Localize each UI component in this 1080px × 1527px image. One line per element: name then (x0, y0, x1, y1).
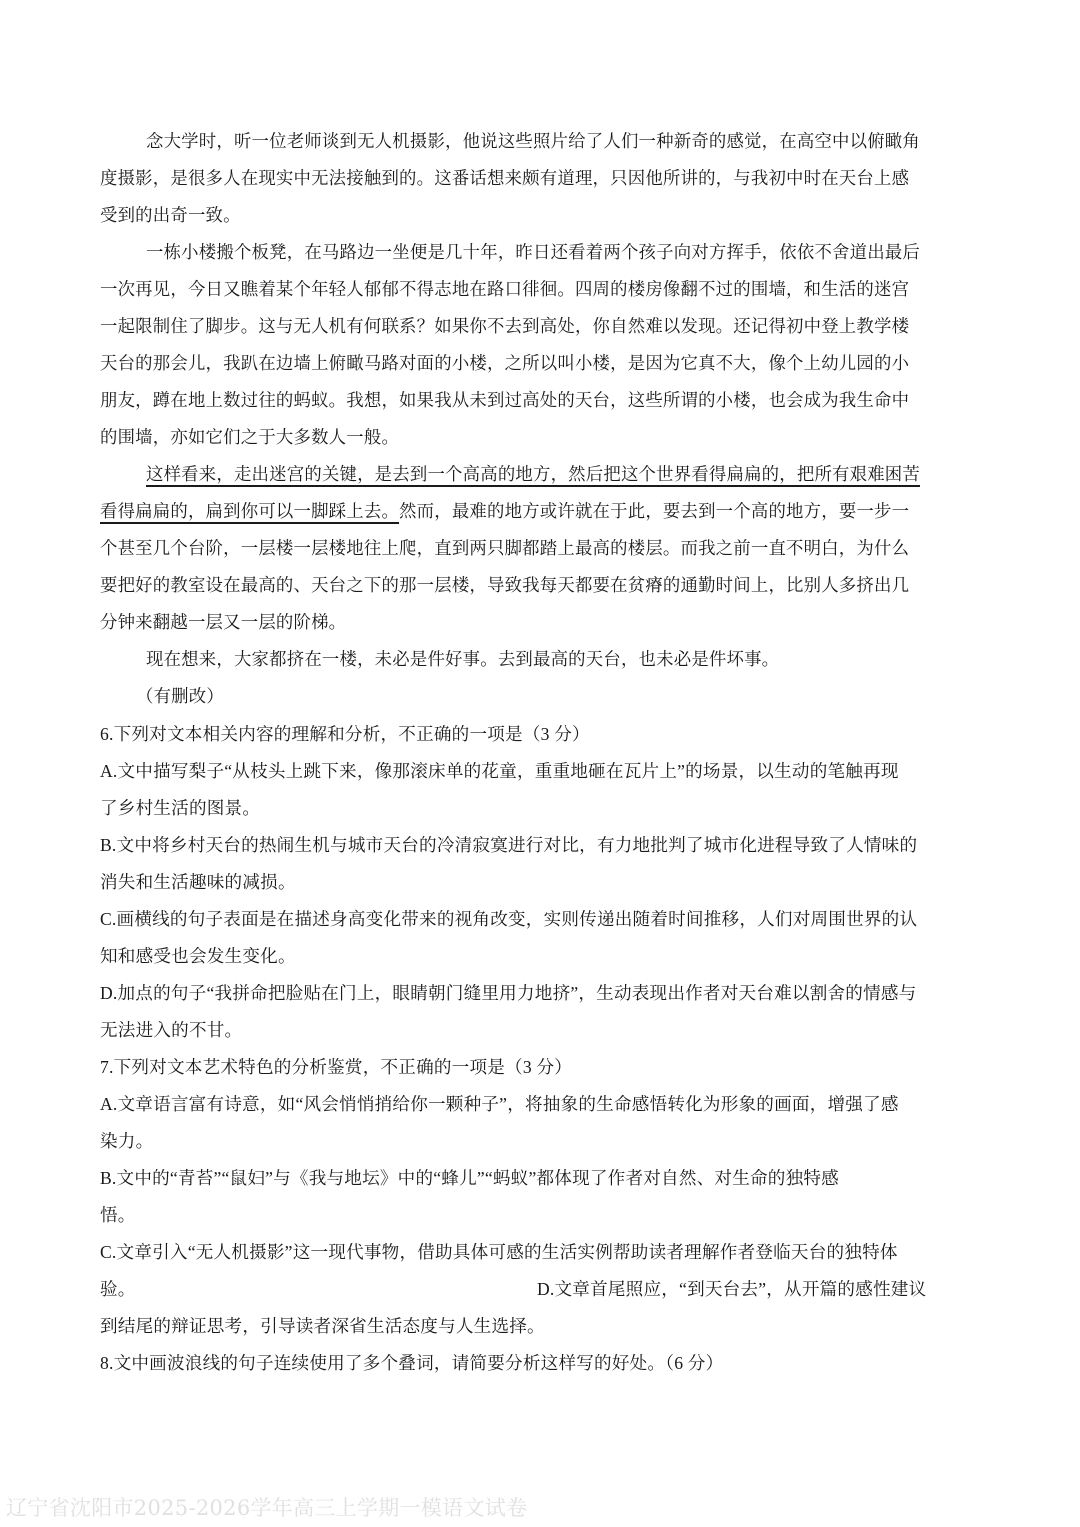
question-8-stem: 8.文中画波浪线的句子连续使用了多个叠词，请简要分析这样写的好处。（6 分） (100, 1345, 723, 1381)
question-7-option-c-line-1: C.文章引入“无人机摄影”这一现代事物，借助具体可感的生活实例帮助读者理解作者登… (100, 1234, 898, 1270)
passage-p1-line-2: 度摄影，是很多人在现实中无法接触到的。这番话想来颇有道理，只因他所讲的，与我初中… (100, 161, 909, 197)
passage-p3-line-2-rest: 然而，最难的地方或许就在于此，要去到一个高的地方，要一步一 (399, 502, 909, 522)
question-6-option-d-line-2: 无法进入的不甘。 (100, 1012, 242, 1048)
question-6-option-b-line-1: B.文中将乡村天台的热闹生机与城市天台的冷清寂寞进行对比，有力地批判了城市化进程… (100, 827, 917, 863)
watermark: 辽宁省沈阳市2025-2026学年高三上学期一模语文试卷 (6, 1492, 527, 1522)
passage-p3-line-2: 看得扁扁的，扁到你可以一脚踩上去。然而，最难的地方或许就在于此，要去到一个高的地… (100, 494, 909, 530)
question-6-option-a-line-1: A.文中描写梨子“从枝头上跳下来，像那滚床单的花童，重重地砸在瓦片上”的场景，以… (100, 753, 899, 789)
passage-p2-line-5: 朋友，蹲在地上数过往的蚂蚁。我想，如果我从未到过高处的天台，这些所谓的小楼，也会… (100, 383, 909, 419)
question-7-option-b-line-1: B.文中的“青苔”“鼠妇”与《我与地坛》中的“蜂儿”“蚂蚁”都体现了作者对自然、… (100, 1160, 839, 1196)
passage-p2-line-4: 天台的那会儿，我趴在边墙上俯瞰马路对面的小楼，之所以叫小楼，是因为它真不大，像个… (100, 346, 909, 382)
passage-p2-line-3: 一起限制住了脚步。这与无人机有何联系？如果你不去到高处，你自然难以发现。还记得初… (100, 309, 909, 345)
question-6-option-c-line-1: C.画横线的句子表面是在描述身高变化带来的视角改变，实则传递出随着时间推移，人们… (100, 901, 917, 937)
underlined-sentence-part-1: 这样看来，走出迷宫的关键，是去到一个高高的地方，然后把这个世界看得扁扁的，把所有… (146, 465, 920, 485)
question-7-option-d-line-2: 到结尾的辩证思考，引导读者深省生活态度与人生选择。 (100, 1308, 545, 1344)
underlined-sentence-part-2: 看得扁扁的，扁到你可以一脚踩上去。 (100, 502, 399, 522)
passage-p3-line-3: 个甚至几个台阶，一层楼一层楼地往上爬，直到两只脚都踏上最高的楼层。而我之前一直不… (100, 531, 909, 567)
source-note: （有删改） (100, 679, 224, 715)
question-7-option-a-line-2: 染力。 (100, 1123, 153, 1159)
question-6-option-c-line-2: 知和感受也会发生变化。 (100, 938, 296, 974)
passage-p2-line-6: 的围墙，亦如它们之于大多数人一般。 (100, 420, 399, 456)
passage-p2-line-1: 一栋小楼搬个板凳，在马路边一坐便是几十年，昨日还看着两个孩子向对方挥手，依依不舍… (100, 235, 920, 271)
question-7-option-d-line-1: D.文章首尾照应，“到天台去”，从开篇的感性建议 (537, 1271, 926, 1307)
passage-p3-line-1: 这样看来，走出迷宫的关键，是去到一个高高的地方，然后把这个世界看得扁扁的，把所有… (100, 457, 920, 493)
question-6-option-a-line-2: 了乡村生活的图景。 (100, 790, 260, 826)
passage-p3-line-4: 要把好的教室设在最高的、天台之下的那一层楼，导致我每天都要在贫瘠的通勤时间上，比… (100, 568, 909, 604)
passage-p2-line-2: 一次再见，今日又瞧着某个年轻人郁郁不得志地在路口徘徊。四周的楼房像翻不过的围墙，… (100, 272, 909, 308)
question-7-option-a-line-1: A.文章语言富有诗意，如“风会悄悄捎给你一颗种子”，将抽象的生命感悟转化为形象的… (100, 1086, 899, 1122)
question-7-option-c-line-2: 验。 (100, 1271, 136, 1307)
question-7-stem: 7.下列对文本艺术特色的分析鉴赏，不正确的一项是（3 分） (100, 1049, 572, 1085)
passage-p1-line-3: 受到的出奇一致。 (100, 198, 241, 234)
question-7-option-b-line-2: 悟。 (100, 1197, 136, 1233)
passage-p4-line-1: 现在想来，大家都挤在一楼，未必是件好事。去到最高的天台，也未必是件坏事。 (100, 642, 779, 678)
question-6-option-b-line-2: 消失和生活趣味的减损。 (100, 864, 296, 900)
question-6-stem: 6.下列对文本相关内容的理解和分析，不正确的一项是（3 分） (100, 716, 590, 752)
passage-p3-line-5: 分钟来翻越一层又一层的阶梯。 (100, 605, 346, 641)
passage-p1-line-1: 念大学时，听一位老师谈到无人机摄影，他说这些照片给了人们一种新奇的感觉，在高空中… (100, 124, 920, 160)
question-6-option-d-line-1: D.加点的句子“我拼命把脸贴在门上，眼睛朝门缝里用力地挤”，生动表现出作者对天台… (100, 975, 916, 1011)
